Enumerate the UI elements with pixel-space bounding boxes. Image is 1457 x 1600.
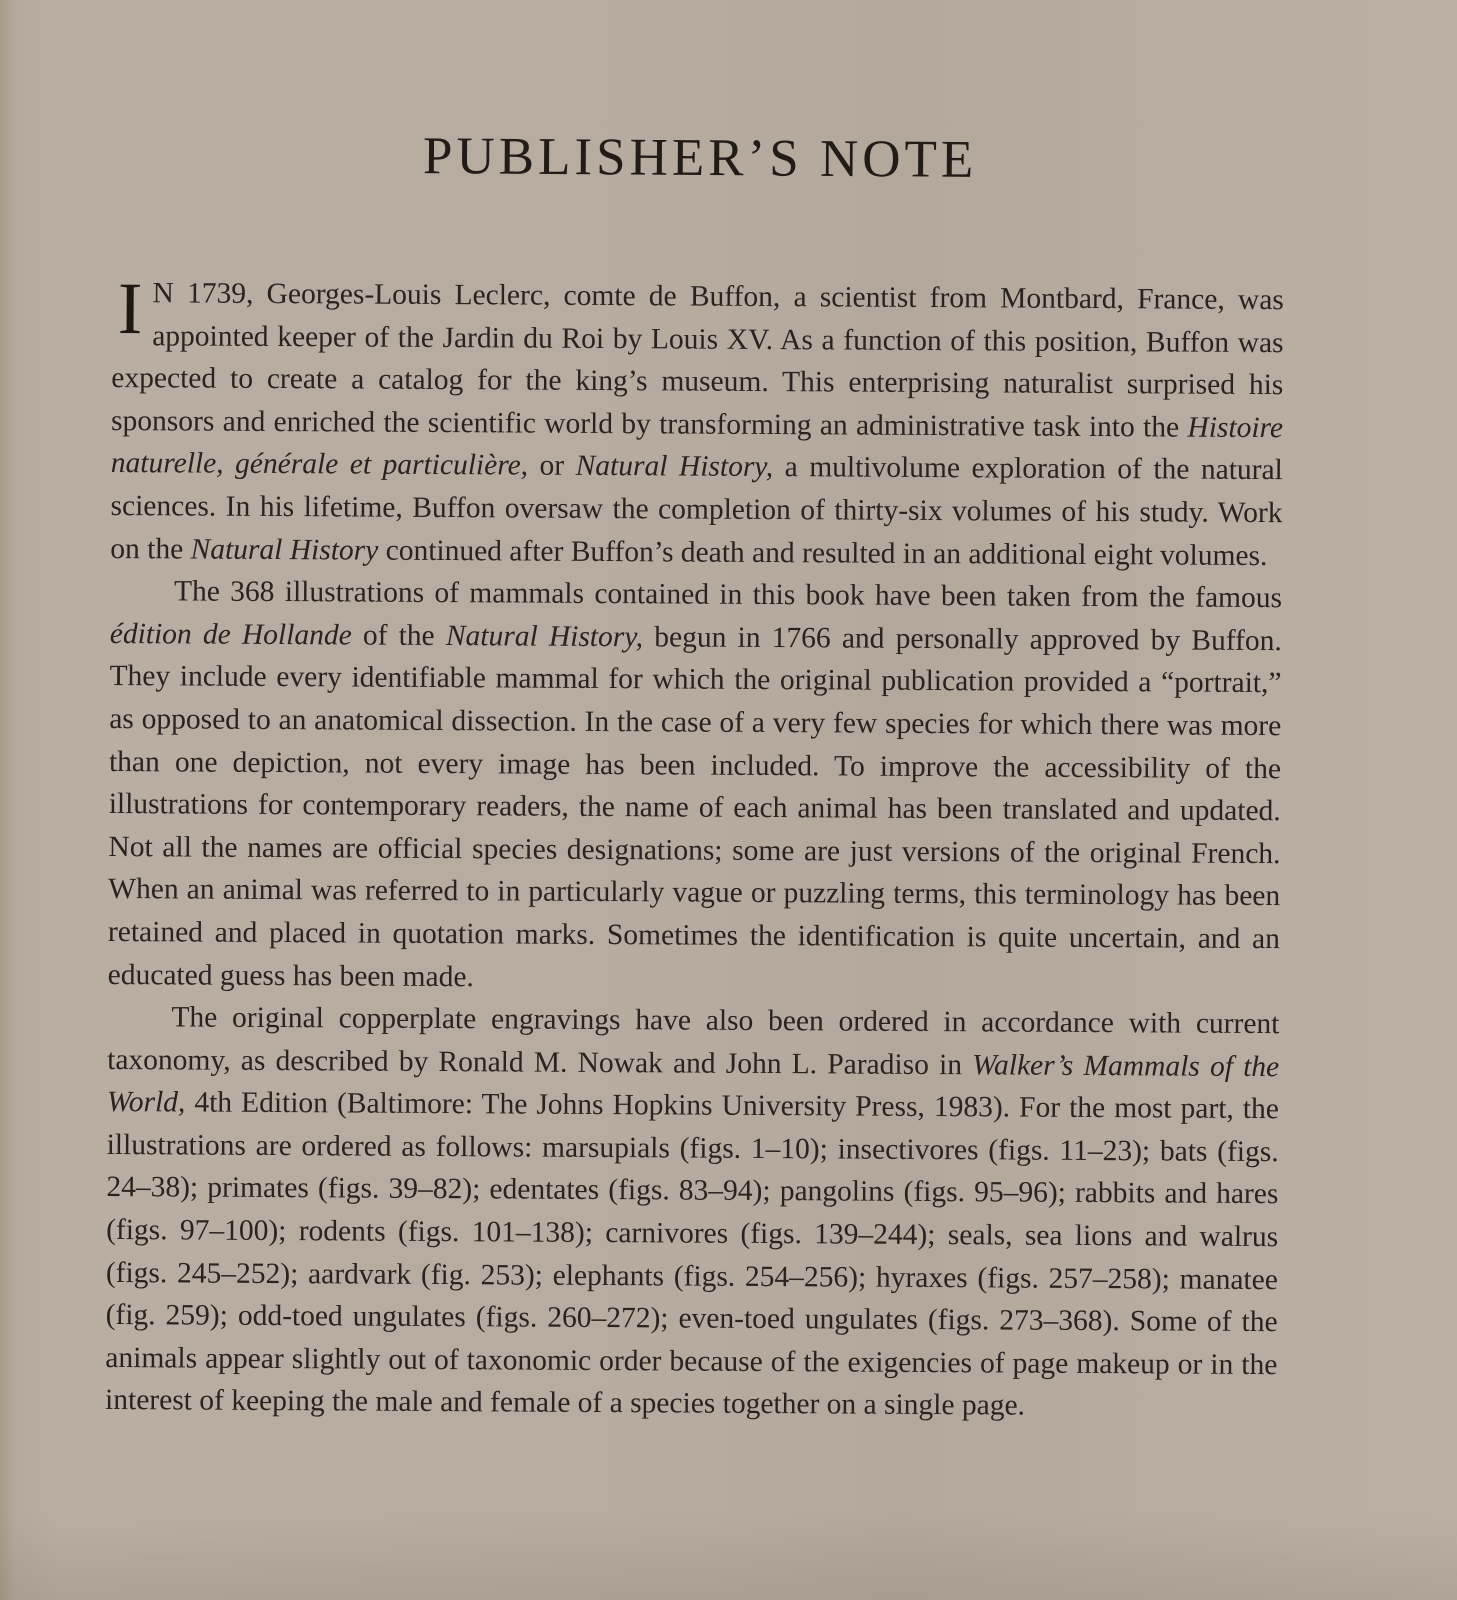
text-run: The 368 illustrations of mammals contain… [174,576,1282,615]
page-title: PUBLISHER’S NOTE [0,128,1457,188]
page-shadow [0,1510,1457,1600]
text-run: continued after Buffon’s death and resul… [378,534,1267,571]
italic-title-natural-history: Natural History [191,533,379,566]
text-run: 1739, Georges-Louis Leclerc, comte de Bu… [111,277,1284,443]
italic-title-natural-history: Natural History, [576,450,774,483]
body-text: IN 1739, Georges-Louis Leclerc, comte de… [105,272,1284,1429]
italic-edition-de-hollande: édition de Hollande [110,618,352,651]
italic-title-natural-history: Natural History, [446,620,643,653]
text-run: of the [352,619,446,652]
paragraph-3: The original copperplate engravings have… [105,996,1280,1429]
text-run: 4th Edition (Baltimore: The Johns Hopkin… [105,1087,1279,1422]
document-page: { "page": { "title": "PUBLISHER’S NOTE",… [0,0,1457,1600]
page-title-text: PUBLISHER’S NOTE [423,126,978,190]
paragraph-1: IN 1739, Georges-Louis Leclerc, comte de… [110,272,1284,577]
text-run: begun in 1766 and personally approved by… [108,621,1282,993]
paragraph-2: The 368 illustrations of mammals contain… [108,570,1283,1003]
text-run: or [528,450,576,482]
lead-in: N [152,277,174,309]
drop-cap: I [118,278,143,340]
